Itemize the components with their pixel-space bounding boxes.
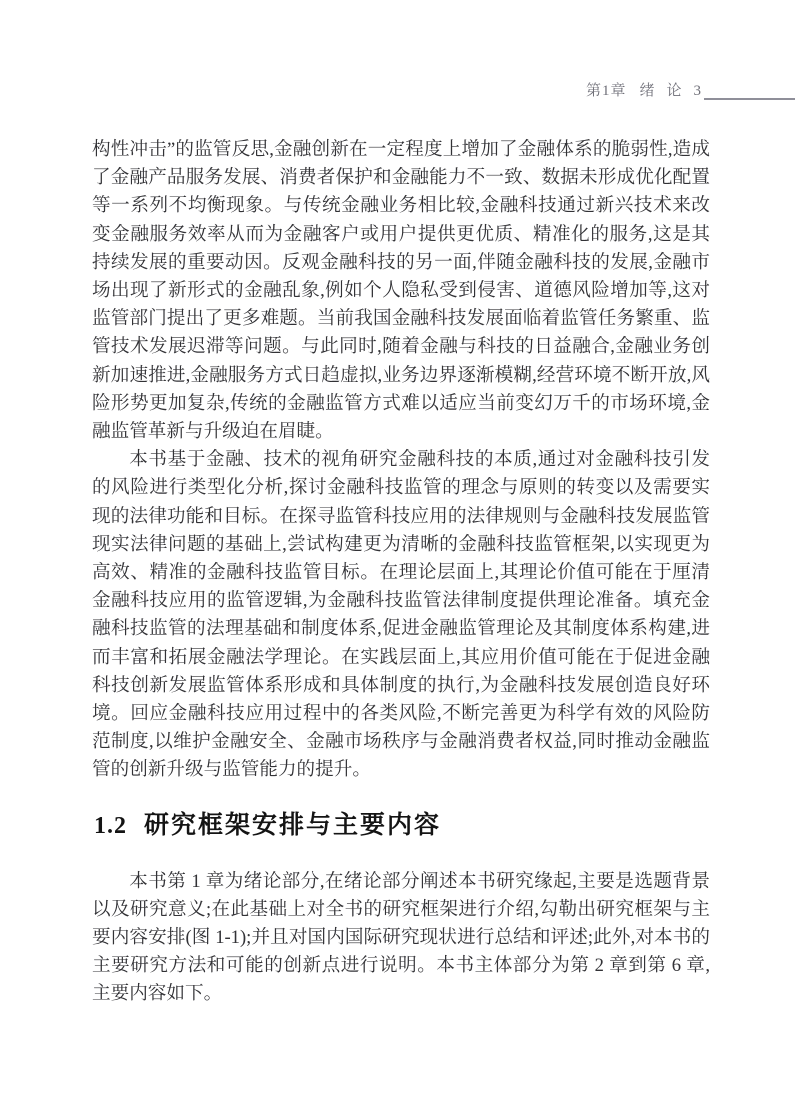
page-number: 3 xyxy=(694,83,702,100)
running-head-chapter: 第1章 xyxy=(586,79,627,100)
body-paragraph-continued: 构性冲击”的监管反思,金融创新在一定程度上增加了金融体系的脆弱性,造成了金融产品… xyxy=(92,136,710,446)
running-head-title: 绪论 xyxy=(639,79,693,100)
body-paragraph: 本书第 1 章为绪论部分,在绪论部分阐述本书研究缘起,主要是选题背景以及研究意义… xyxy=(92,868,710,1009)
page-header: 第1章 绪论 3 xyxy=(0,79,795,100)
section-number: 1.2 xyxy=(94,809,127,843)
page-body: 构性冲击”的监管反思,金融创新在一定程度上增加了金融体系的脆弱性,造成了金融产品… xyxy=(92,136,710,1009)
section-title: 研究框架安排与主要内容 xyxy=(144,808,441,842)
body-paragraph: 本书基于金融、技术的视角研究金融科技的本质,通过对金融科技引发的风险进行类型化分… xyxy=(92,446,710,784)
book-page: 第1章 绪论 3 构性冲击”的监管反思,金融创新在一定程度上增加了金融体系的脆弱… xyxy=(0,0,799,1118)
header-rule xyxy=(704,98,795,100)
section-heading: 1.2 研究框架安排与主要内容 xyxy=(94,808,710,843)
